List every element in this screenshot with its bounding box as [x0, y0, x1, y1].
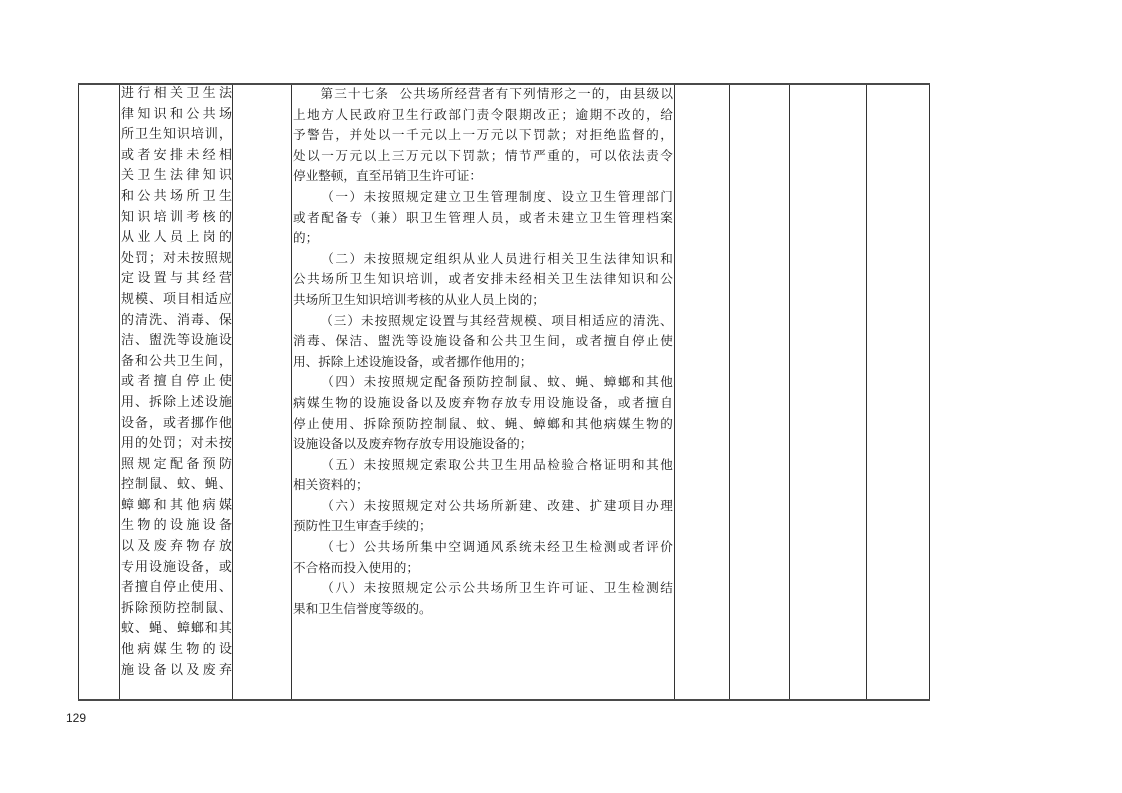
behavior-line: 洁、盥洗等设施设: [121, 331, 232, 352]
column-empty-1: [232, 85, 291, 699]
column-empty-2: [674, 85, 729, 699]
legal-basis-line: 病媒生物的设施设备以及废弃物存放专用设施设备，或者擅自: [293, 393, 673, 414]
page-number: 129: [66, 711, 86, 725]
behavior-line: 用、拆除上述设施: [121, 393, 232, 414]
legal-basis-line: （二）未按照规定组织从业人员进行相关卫生法律知识和: [293, 249, 673, 270]
legal-basis-line: （六）未按照规定对公共场所新建、改建、扩建项目办理: [293, 496, 673, 517]
legal-basis-line: 或者配备专（兼）职卫生管理人员，或者未建立卫生管理档案: [293, 208, 673, 229]
legal-basis-line: 第三十七条 公共场所经营者有下列情形之一的，由县级以: [293, 84, 673, 105]
behavior-line: 或者擅自停止使: [121, 372, 232, 393]
legal-basis-line: （一）未按照规定建立卫生管理制度、设立卫生管理部门: [293, 187, 673, 208]
behavior-line: 备和公共卫生间，: [121, 352, 232, 373]
behavior-line: 知识培训考核的: [121, 208, 232, 229]
legal-basis-cell-text: 第三十七条 公共场所经营者有下列情形之一的，由县级以上地方人民政府卫生行政部门责…: [293, 84, 673, 619]
behavior-line: 设备，或者挪作他: [121, 414, 232, 435]
behavior-line: 进行相关卫生法: [121, 84, 232, 105]
behavior-line: 用的处罚；对未按: [121, 434, 232, 455]
legal-basis-line: 果和卫生信誉度等级的。: [293, 599, 673, 620]
behavior-line: 他病媒生物的设: [121, 640, 232, 661]
legal-basis-line: （四）未按照规定配备预防控制鼠、蚊、蝇、蟑螂和其他: [293, 372, 673, 393]
behavior-line: 蚊、蝇、蟑螂和其: [121, 619, 232, 640]
behavior-line: 的清洗、消毒、保: [121, 311, 232, 332]
column-empty-5: [866, 85, 930, 699]
legal-basis-line: 设施设备以及废弃物存放专用设施设备的；: [293, 434, 673, 455]
behavior-cell-text: 进行相关卫生法律知识和公共场所卫生知识培训，或者安排未经相关卫生法律知识和公共场…: [121, 84, 232, 681]
behavior-line: 处罚；对未按照规: [121, 249, 232, 270]
behavior-line: 控制鼠、蚊、蝇、: [121, 475, 232, 496]
behavior-line: 律知识和公共场: [121, 105, 232, 126]
legal-basis-line: （七）公共场所集中空调通风系统未经卫生检测或者评价: [293, 537, 673, 558]
behavior-line: 拆除预防控制鼠、: [121, 599, 232, 620]
behavior-line: 规模、项目相适应: [121, 290, 232, 311]
legal-basis-line: （八）未按照规定公示公共场所卫生许可证、卫生检测结: [293, 578, 673, 599]
behavior-line: 照规定配备预防: [121, 455, 232, 476]
behavior-line: 所卫生知识培训，: [121, 125, 232, 146]
behavior-line: 或者安排未经相: [121, 146, 232, 167]
legal-basis-line: 用、拆除上述设施设备，或者挪作他用的；: [293, 352, 673, 373]
legal-basis-line: 停业整顿，直至吊销卫生许可证：: [293, 166, 673, 187]
behavior-line: 定设置与其经营: [121, 269, 232, 290]
behavior-line: 蟑螂和其他病媒: [121, 496, 232, 517]
behavior-line: 以及废弃物存放: [121, 537, 232, 558]
behavior-line: 生物的设施设备: [121, 516, 232, 537]
column-empty-3: [729, 85, 789, 699]
legal-basis-line: 共场所卫生知识培训考核的从业人员上岗的；: [293, 290, 673, 311]
behavior-line: 从业人员上岗的: [121, 228, 232, 249]
behavior-line: 者擅自停止使用、: [121, 578, 232, 599]
legal-basis-line: 处以一万元以上三万元以下罚款；情节严重的，可以依法责令: [293, 146, 673, 167]
legal-basis-line: （五）未按照规定索取公共卫生用品检验合格证明和其他: [293, 455, 673, 476]
behavior-line: 关卫生法律知识: [121, 166, 232, 187]
column-index: [78, 85, 119, 699]
legal-basis-line: 不合格而投入使用的；: [293, 558, 673, 579]
behavior-line: 专用设施设备，或: [121, 558, 232, 579]
legal-basis-line: 消毒、保洁、盥洗等设施设备和公共卫生间，或者擅自停止使: [293, 331, 673, 352]
legal-basis-line: 予警告，并处以一千元以上一万元以下罚款；对拒绝监督的，: [293, 125, 673, 146]
behavior-line: 和公共场所卫生: [121, 187, 232, 208]
legal-basis-line: 相关资料的；: [293, 475, 673, 496]
legal-basis-line: 的；: [293, 228, 673, 249]
legal-basis-line: 停止使用、拆除预防控制鼠、蚊、蝇、蟑螂和其他病媒生物的: [293, 414, 673, 435]
legal-basis-line: （三）未按照规定设置与其经营规模、项目相适应的清洗、: [293, 311, 673, 332]
legal-basis-line: 上地方人民政府卫生行政部门责令限期改正；逾期不改的，给: [293, 105, 673, 126]
behavior-line: 施设备以及废弃: [121, 661, 232, 682]
legal-basis-line: 公共场所卫生知识培训，或者安排未经相关卫生法律知识和公: [293, 269, 673, 290]
column-empty-4: [789, 85, 866, 699]
legal-basis-line: 预防性卫生审查手续的；: [293, 516, 673, 537]
